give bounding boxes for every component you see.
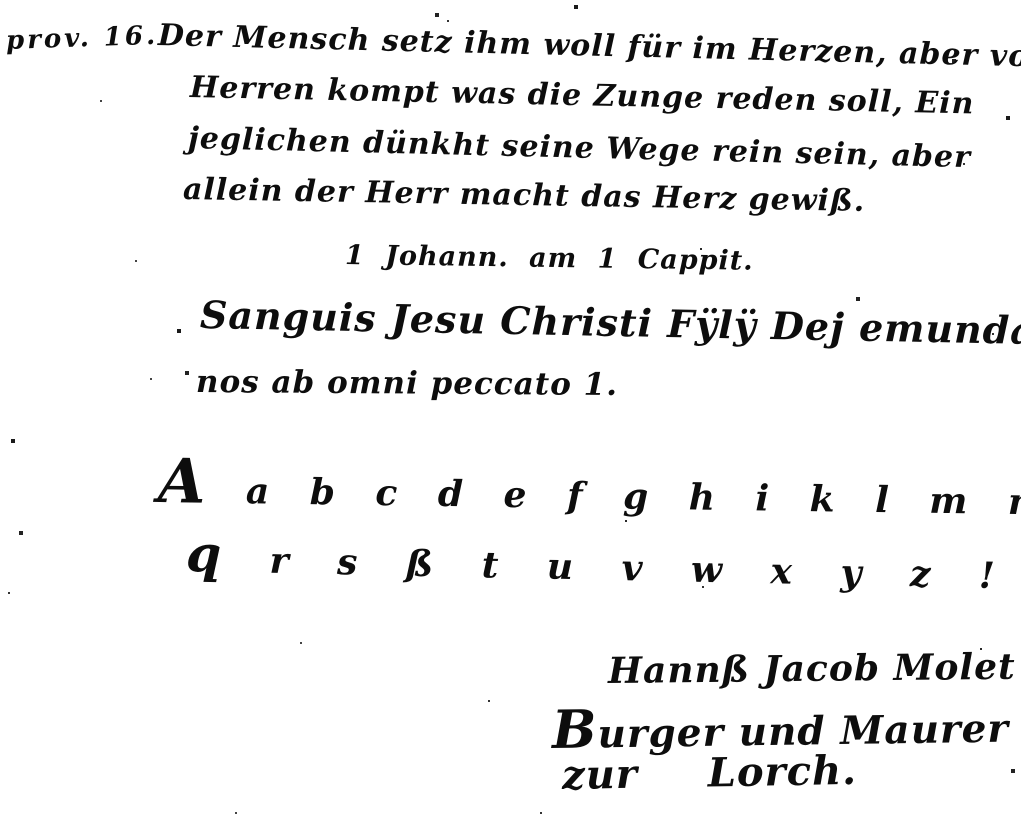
signature-name-line: Hannß Jacob Molet (608, 646, 1016, 692)
verse-line-1: Der Mensch setz ihm woll für im Herzen, … (158, 18, 1021, 75)
margin-scripture-reference: prov. 16. (5, 21, 158, 56)
manuscript-scan: prov. 16. Der Mensch setz ihm woll für i… (0, 0, 1021, 824)
verse-line-3: jeglichen dünkht seine Wege rein sein, a… (188, 121, 972, 175)
latin-verse-line-2: nos ab omni peccato 1. (196, 364, 618, 403)
verse-line-4: allein der Herr macht das Herz gewiß. (183, 172, 866, 219)
citation-line: 1 Johann. am 1 Cappit. (345, 240, 754, 277)
verse-line-2: Herren kompt was die Zunge reden soll, E… (190, 70, 975, 121)
alphabet-row-2: q r s ß t u v w x y z ! (185, 524, 996, 600)
scan-noise (0, 0, 2, 2)
alphabet-row-1: A a b c d e f g h i k l m n o p (158, 446, 1021, 531)
latin-verse-line-1: Sanguis Jesu Christi Fÿlÿ Dej emundat (200, 292, 1021, 353)
signature-place-line: zur Lorch. (562, 747, 858, 799)
